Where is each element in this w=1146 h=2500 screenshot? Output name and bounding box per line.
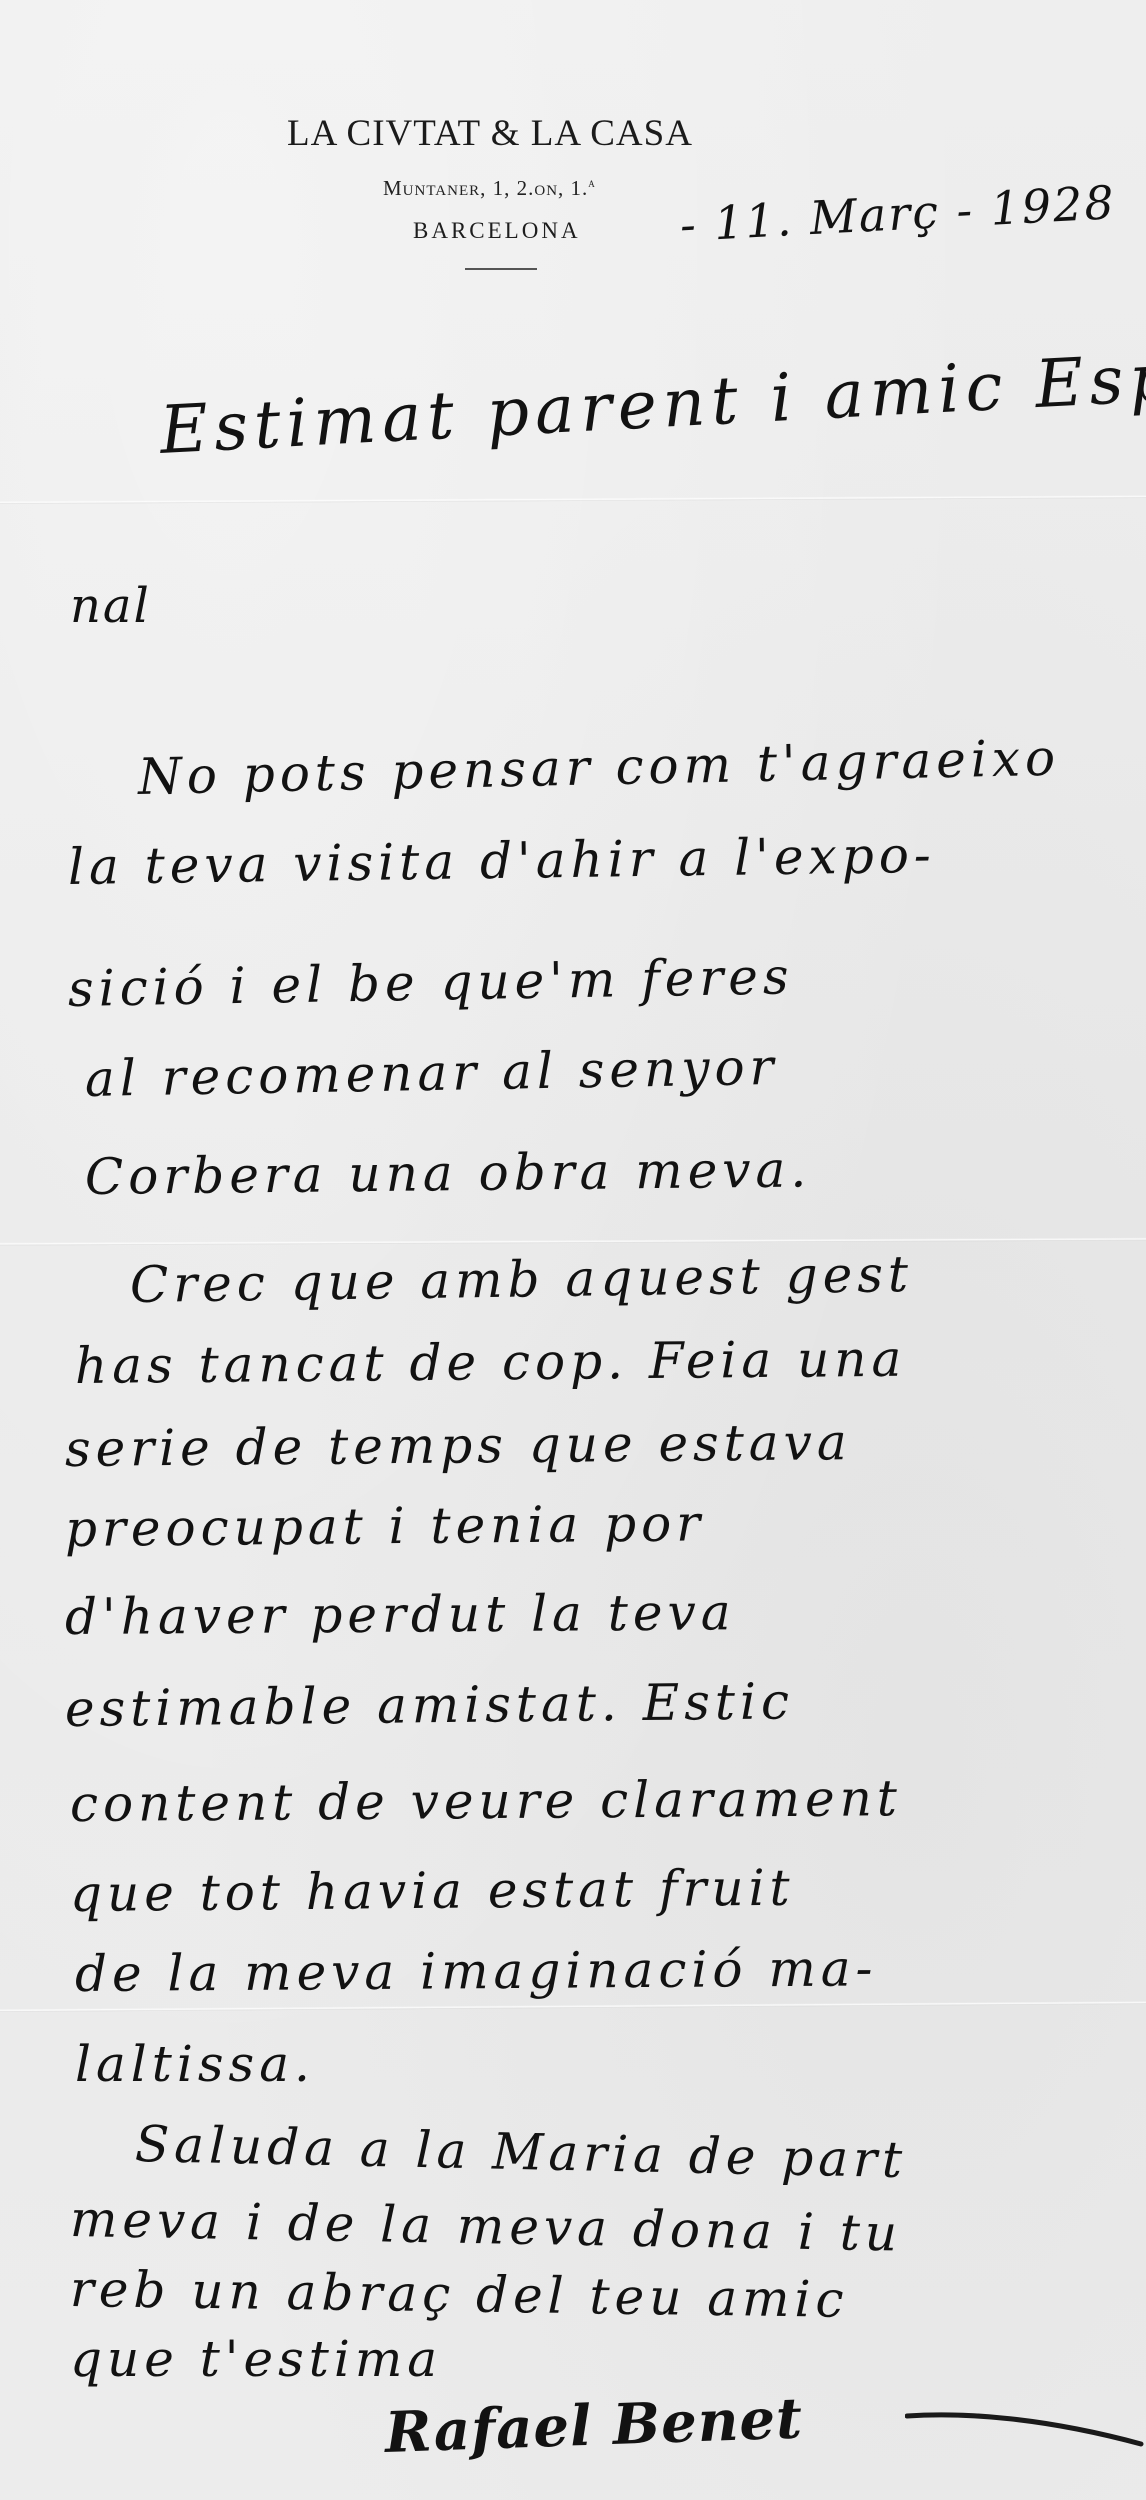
letterhead-title: LA CIVTAT & LA CASA (287, 112, 693, 155)
body-line: Corbera una obra meva. (85, 1140, 812, 1206)
body-line: preocupat i tenia por (65, 1494, 706, 1558)
body-line: Crec que amb aquest gest (130, 1245, 914, 1314)
letterhead-divider (465, 268, 537, 270)
body-line: al recomenar al senyor (84, 1038, 778, 1108)
body-line: content de veure clarament (70, 1769, 902, 1833)
letterhead-city: BARCELONA (413, 218, 581, 244)
body-line: reb un abraç del teu amic (70, 2260, 849, 2329)
body-line: serie de temps que estava (65, 1413, 852, 1478)
body-line: la teva visita d'ahir a l'expo- (68, 826, 937, 896)
paper-fold-line (0, 495, 1146, 504)
letterhead-address-text: Muntaner, 1, 2.on, 1. (383, 176, 588, 200)
body-line: meva i de la meva dona i tu (69, 2190, 902, 2263)
body-line: que tot havia estat fruit (70, 1859, 795, 1923)
letterhead-address: Muntaner, 1, 2.on, 1.a (383, 175, 596, 201)
body-line: sició i el be que'm feres (67, 947, 793, 1018)
letterhead-address-superscript: a (588, 175, 596, 190)
letter-date: - 11. Març - 1928 (679, 175, 1117, 252)
paper-fold-line (0, 1237, 1146, 1245)
body-line: de la meva imaginació ma- (75, 1939, 878, 2003)
body-line: No pots pensar com t'agraeixo (137, 729, 1060, 806)
body-line: estimable amistat. Estic (65, 1672, 795, 1738)
body-line: has tancat de cop. Feia una (75, 1330, 907, 1395)
signature: Rafael Benet (384, 2385, 804, 2466)
body-line: d'haver perdut la teva (65, 1583, 736, 1646)
body-line: Saluda a la Maria de part (134, 2115, 907, 2189)
paper-fold-line (0, 2001, 1146, 2012)
salutation-line-2: nal (70, 578, 151, 634)
body-line: que t'estima (70, 2330, 442, 2388)
signature-flourish-icon (905, 2410, 1145, 2450)
body-line: laltissa. (75, 2035, 315, 2093)
letter-paper: LA CIVTAT & LA CASA Muntaner, 1, 2.on, 1… (0, 0, 1146, 2500)
salutation-line-1: Estimat parent i amic Espi- (158, 336, 1146, 469)
